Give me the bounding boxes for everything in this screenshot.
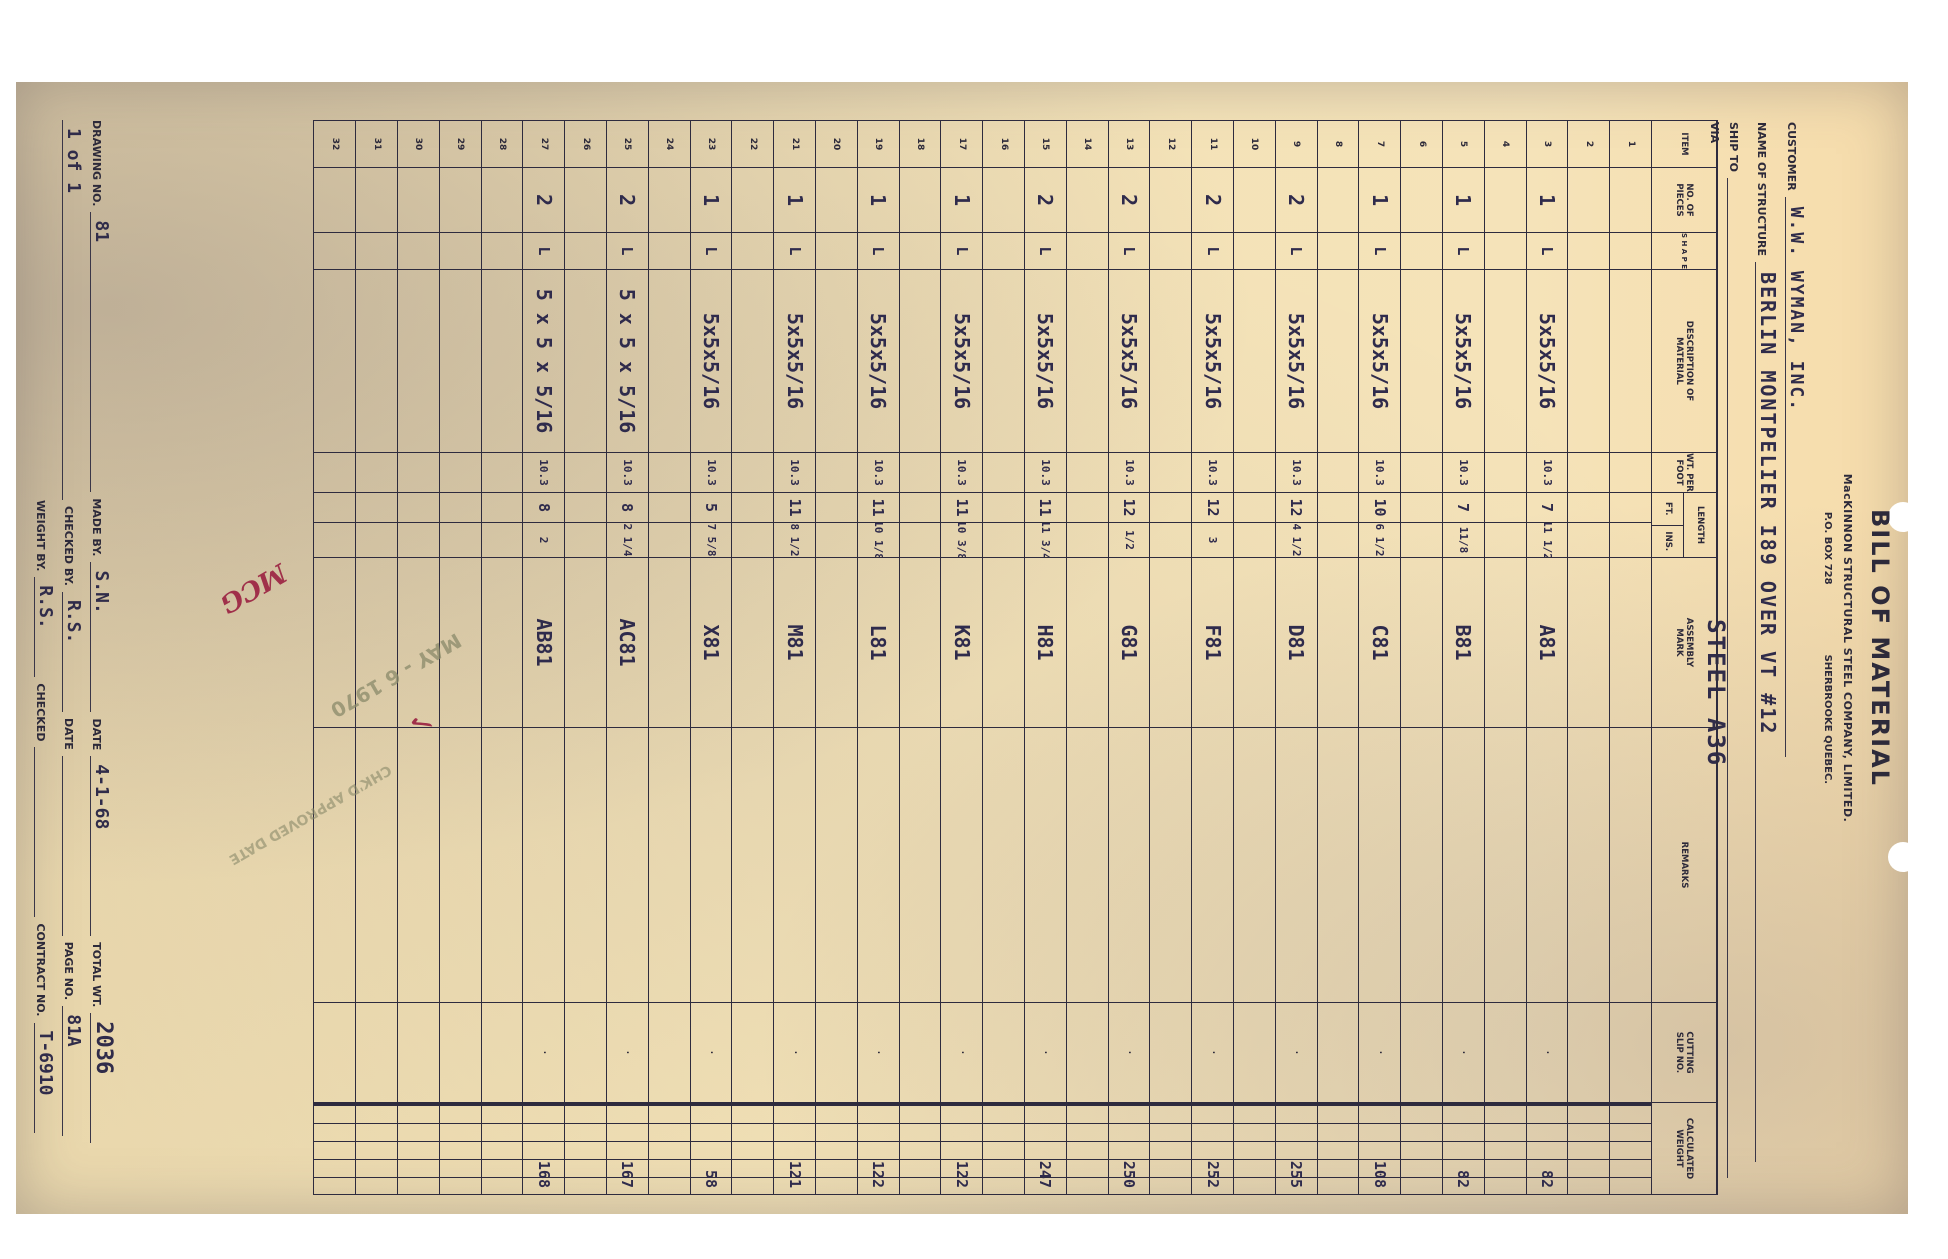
- length-ft: 5: [691, 493, 732, 523]
- length-ins: [1610, 523, 1651, 558]
- remarks: [1485, 728, 1526, 1003]
- shape: [1318, 233, 1359, 270]
- length-ins: [649, 523, 690, 558]
- item-number: 16: [983, 120, 1024, 168]
- pieces-count: 1: [858, 168, 899, 233]
- cutting-slip: [983, 1003, 1024, 1103]
- description: 5 x 5 x 5/16: [607, 270, 648, 453]
- calculated-weight: [315, 1103, 356, 1195]
- length-ft: [983, 493, 1024, 523]
- description: 5x5x5/16: [1443, 270, 1484, 453]
- item-number: 28: [482, 120, 523, 168]
- wt-per-foot: [398, 453, 439, 493]
- calculated-weight: [983, 1103, 1024, 1195]
- description: [440, 270, 481, 453]
- calculated-weight: [900, 1103, 941, 1195]
- pieces-count: 1: [1359, 168, 1400, 233]
- pieces-count: 1: [691, 168, 732, 233]
- cutting-slip: [816, 1003, 857, 1103]
- length-ft: 8: [607, 493, 648, 523]
- cutting-slip: ·: [1527, 1003, 1568, 1103]
- remarks: [1276, 728, 1317, 1003]
- assembly-mark: [649, 558, 690, 728]
- calculated-weight: [1401, 1103, 1442, 1195]
- shape: L: [1192, 233, 1233, 270]
- item-number: 24: [649, 120, 690, 168]
- calculated-weight: [1150, 1103, 1191, 1195]
- shape: L: [1025, 233, 1066, 270]
- description: [398, 270, 439, 453]
- description: [816, 270, 857, 453]
- calculated-weight: [732, 1103, 773, 1195]
- assembly-mark: [1610, 558, 1651, 728]
- cutting-slip: ·: [774, 1003, 815, 1103]
- length-ins: [565, 523, 606, 558]
- item-number: 8: [1318, 120, 1359, 168]
- structure-label: NAME OF STRUCTURE: [1755, 122, 1768, 256]
- description: [1234, 270, 1275, 453]
- description: [1318, 270, 1359, 453]
- cutting-slip: ·: [1109, 1003, 1150, 1103]
- wt-per-foot: 10.3: [1359, 453, 1400, 493]
- pieces-count: 2: [1192, 168, 1233, 233]
- item-number: 26: [565, 120, 606, 168]
- shape: L: [607, 233, 648, 270]
- calculated-weight: 108: [1359, 1103, 1400, 1195]
- length-ins: 10 1/8: [858, 523, 899, 558]
- cutting-slip: ·: [1192, 1003, 1233, 1103]
- shape: L: [1276, 233, 1317, 270]
- assembly-mark: X81: [691, 558, 732, 728]
- shape: [983, 233, 1024, 270]
- pieces-count: [440, 168, 481, 233]
- wt-per-foot: 10.3: [1109, 453, 1150, 493]
- item-number: 21: [774, 120, 815, 168]
- description: [900, 270, 941, 453]
- table-row: 14: [1066, 120, 1108, 1195]
- cutting-slip: [1150, 1003, 1191, 1103]
- assembly-mark: [482, 558, 523, 728]
- cutting-slip: ·: [607, 1003, 648, 1103]
- length-ins: [482, 523, 523, 558]
- pieces-count: 2: [1276, 168, 1317, 233]
- col-assembly-mark: ASSEMBLY MARK: [1652, 558, 1716, 728]
- item-number: 23: [691, 120, 732, 168]
- wt-per-foot: 10.3: [1527, 453, 1568, 493]
- total-wt-value: 2036: [91, 1021, 116, 1074]
- description: [1067, 270, 1108, 453]
- table-row: 20: [815, 120, 857, 1195]
- length-ins: 7 5/8: [691, 523, 732, 558]
- cutting-slip: [356, 1003, 397, 1103]
- table-row: 10: [1233, 120, 1275, 1195]
- shape: [440, 233, 481, 270]
- length-ins: [398, 523, 439, 558]
- wt-per-foot: 10.3: [941, 453, 982, 493]
- shape: L: [1109, 233, 1150, 270]
- cutting-slip: [900, 1003, 941, 1103]
- item-number: 31: [356, 120, 397, 168]
- initials-mark: MCG: [214, 557, 291, 619]
- cutting-slip: ·: [1359, 1003, 1400, 1103]
- item-number: 22: [732, 120, 773, 168]
- calculated-weight: 168: [523, 1103, 564, 1195]
- item-number: 2: [1568, 120, 1609, 168]
- wt-per-foot: [1568, 453, 1609, 493]
- description: [983, 270, 1024, 453]
- wt-per-foot: 10.3: [774, 453, 815, 493]
- remarks: [440, 728, 481, 1003]
- remarks: [482, 728, 523, 1003]
- calculated-weight: 255: [1276, 1103, 1317, 1195]
- po-box: P.O. BOX 728: [1822, 512, 1833, 585]
- wt-per-foot: [315, 453, 356, 493]
- length-ins: [1150, 523, 1191, 558]
- drawing-no-value: 81: [91, 220, 112, 242]
- shape: L: [523, 233, 564, 270]
- item-number: 20: [816, 120, 857, 168]
- table-row: 51L5x5x5/1610.3711/8B81·82: [1442, 120, 1484, 1195]
- wt-per-foot: [1318, 453, 1359, 493]
- table-header: ITEM NO. OF PIECES S H A P E DESCRIPTION…: [1651, 120, 1716, 1195]
- table-row: 31: [355, 120, 397, 1195]
- calculated-weight: [1318, 1103, 1359, 1195]
- length-ft: 10: [1359, 493, 1400, 523]
- pieces-count: [1610, 168, 1651, 233]
- description: [482, 270, 523, 453]
- length-ft: [1485, 493, 1526, 523]
- length-ins: 11 3/4: [1025, 523, 1066, 558]
- assembly-mark: [1568, 558, 1609, 728]
- col-description: DESCRIPTION OF MATERIAL: [1652, 270, 1716, 453]
- table-row: 211L5x5x5/1610.3118 1/2M81·121: [773, 120, 815, 1195]
- cutting-slip: [732, 1003, 773, 1103]
- assembly-mark: [732, 558, 773, 728]
- shape: L: [1527, 233, 1568, 270]
- cutting-slip: [565, 1003, 606, 1103]
- bill-of-material-sheet: BILL OF MATERIAL MacKINNON STRUCTURAL ST…: [16, 82, 1908, 1214]
- footer: DRAWING NO. 81 MADE BY. S.N. DATE 4-1-68…: [34, 120, 118, 1195]
- length-ins: 3: [1192, 523, 1233, 558]
- cutting-slip: [1401, 1003, 1442, 1103]
- shape: [1568, 233, 1609, 270]
- col-length: LENGTH FT. INS.: [1652, 493, 1716, 558]
- cutting-slip: ·: [523, 1003, 564, 1103]
- calculated-weight: [356, 1103, 397, 1195]
- pieces-count: [398, 168, 439, 233]
- item-number: 9: [1276, 120, 1317, 168]
- col-ins: INS.: [1652, 526, 1684, 558]
- length-label: LENGTH: [1684, 493, 1717, 557]
- remarks: [1527, 728, 1568, 1003]
- pieces-count: 1: [774, 168, 815, 233]
- wt-per-foot: [356, 453, 397, 493]
- remarks: [1610, 728, 1651, 1003]
- shape: [732, 233, 773, 270]
- description: 5x5x5/16: [1276, 270, 1317, 453]
- description: 5x5x5/16: [941, 270, 982, 453]
- length-ft: [1318, 493, 1359, 523]
- table-row: 16: [982, 120, 1024, 1195]
- calculated-weight: 167: [607, 1103, 648, 1195]
- item-number: 4: [1485, 120, 1526, 168]
- table-row: 6: [1400, 120, 1442, 1195]
- wt-per-foot: 10.3: [1443, 453, 1484, 493]
- length-ft: [356, 493, 397, 523]
- pieces-count: [900, 168, 941, 233]
- length-ins: 6 1/2: [1359, 523, 1400, 558]
- item-number: 10: [1234, 120, 1275, 168]
- pieces-count: 1: [1443, 168, 1484, 233]
- length-ft: 7: [1527, 493, 1568, 523]
- shape: [565, 233, 606, 270]
- assembly-mark: F81: [1192, 558, 1233, 728]
- assembly-mark: A81: [1527, 558, 1568, 728]
- description: [565, 270, 606, 453]
- col-calculated-weight: CALCULATED WEIGHT: [1652, 1103, 1716, 1195]
- item-number: 30: [398, 120, 439, 168]
- shape: [649, 233, 690, 270]
- total-wt-label: TOTAL WT.: [90, 942, 103, 1007]
- drawing-no-sub: 1 of 1: [63, 128, 84, 193]
- pieces-count: 2: [1025, 168, 1066, 233]
- shape: [356, 233, 397, 270]
- cutting-slip: [1485, 1003, 1526, 1103]
- company-address: P.O. BOX 728 SHERBROOKE QUEBEC.: [1822, 82, 1833, 1214]
- col-remarks: REMARKS: [1652, 728, 1716, 1003]
- company-name: MacKINNON STRUCTURAL STEEL COMPANY, LIMI…: [1841, 82, 1854, 1214]
- length-ft: 11: [774, 493, 815, 523]
- length-ft: [1234, 493, 1275, 523]
- table-row: 4: [1484, 120, 1526, 1195]
- pieces-count: [1318, 168, 1359, 233]
- footer-line-1: DRAWING NO. 81 MADE BY. S.N. DATE 4-1-68…: [90, 120, 118, 1195]
- length-ft: [482, 493, 523, 523]
- length-ins: [440, 523, 481, 558]
- remarks: [1359, 728, 1400, 1003]
- calculated-weight: [649, 1103, 690, 1195]
- wt-per-foot: 10.3: [523, 453, 564, 493]
- remarks: [1318, 728, 1359, 1003]
- calculated-weight: [565, 1103, 606, 1195]
- length-ft: 12: [1192, 493, 1233, 523]
- document-title: BILL OF MATERIAL: [1866, 82, 1894, 1214]
- length-ins: [1318, 523, 1359, 558]
- cutting-slip: [315, 1003, 356, 1103]
- pieces-count: [1234, 168, 1275, 233]
- calculated-weight: [398, 1103, 439, 1195]
- page-no-label: PAGE NO.: [62, 942, 75, 1000]
- length-ins: [983, 523, 1024, 558]
- description: 5x5x5/16: [858, 270, 899, 453]
- table-row: 171L5x5x5/1610.31110 3/8K81·122: [940, 120, 982, 1195]
- table-row: 12: [1149, 120, 1191, 1195]
- remarks: [1067, 728, 1108, 1003]
- made-by-label: MADE BY.: [90, 498, 103, 556]
- shape: L: [1443, 233, 1484, 270]
- remarks: [774, 728, 815, 1003]
- date-label: DATE: [90, 718, 103, 750]
- item-number: 11: [1192, 120, 1233, 168]
- page-no-value: 81A: [63, 1014, 84, 1047]
- cutting-slip: [1318, 1003, 1359, 1103]
- length-ins: [816, 523, 857, 558]
- description: 5x5x5/16: [1527, 270, 1568, 453]
- item-number: 6: [1401, 120, 1442, 168]
- table-row: 31L5x5x5/1610.3711 1/2A81·82: [1526, 120, 1568, 1195]
- wt-per-foot: [1150, 453, 1191, 493]
- shape: [816, 233, 857, 270]
- length-ins: [900, 523, 941, 558]
- cutting-slip: [1610, 1003, 1651, 1103]
- wt-per-foot: 10.3: [691, 453, 732, 493]
- pieces-count: [983, 168, 1024, 233]
- description: 5x5x5/16: [1192, 270, 1233, 453]
- remarks: [1025, 728, 1066, 1003]
- pieces-count: [356, 168, 397, 233]
- pieces-count: [816, 168, 857, 233]
- length-ins: 10 3/8: [941, 523, 982, 558]
- cutting-slip: ·: [1025, 1003, 1066, 1103]
- description: 5x5x5/16: [774, 270, 815, 453]
- pieces-count: [649, 168, 690, 233]
- calculated-weight: [482, 1103, 523, 1195]
- calculated-weight: [440, 1103, 481, 1195]
- table-row: 152L5x5x5/1610.31111 3/4H81·247: [1024, 120, 1066, 1195]
- assembly-mark: D81: [1276, 558, 1317, 728]
- length-ins: [356, 523, 397, 558]
- assembly-mark: [900, 558, 941, 728]
- length-ins: 2: [523, 523, 564, 558]
- pieces-count: [1401, 168, 1442, 233]
- pieces-count: 1: [1527, 168, 1568, 233]
- table-row: 22: [731, 120, 773, 1195]
- item-number: 13: [1109, 120, 1150, 168]
- wt-per-foot: 10.3: [1192, 453, 1233, 493]
- table-row: 18: [899, 120, 941, 1195]
- contract-no-label: CONTRACT NO.: [34, 923, 47, 1016]
- length-ft: [732, 493, 773, 523]
- col-item: ITEM: [1652, 120, 1716, 168]
- length-ft: 11: [1025, 493, 1066, 523]
- remarks: [565, 728, 606, 1003]
- description: [1150, 270, 1191, 453]
- length-ft: [816, 493, 857, 523]
- remarks: [1109, 728, 1150, 1003]
- assembly-mark: [1401, 558, 1442, 728]
- remarks: [523, 728, 564, 1003]
- length-ins: 4 1/2: [1276, 523, 1317, 558]
- wt-per-foot: 10.3: [1025, 453, 1066, 493]
- wt-per-foot: [649, 453, 690, 493]
- shape: [482, 233, 523, 270]
- col-wt-per-foot: WT. PER FOOT: [1652, 453, 1716, 493]
- footer-line-3: WEIGHT BY. R.S. CHECKED CONTRACT NO. T-6…: [34, 120, 62, 1195]
- material-table: ITEM NO. OF PIECES S H A P E DESCRIPTION…: [314, 120, 1719, 1195]
- length-ft: [315, 493, 356, 523]
- table-row: 132L5x5x5/1610.3121/2G81·250: [1108, 120, 1150, 1195]
- length-ins: [1234, 523, 1275, 558]
- remarks: [607, 728, 648, 1003]
- remarks: [1150, 728, 1191, 1003]
- calculated-weight: [816, 1103, 857, 1195]
- length-ft: 11: [858, 493, 899, 523]
- table-row: 2: [1567, 120, 1609, 1195]
- table-row: 231L5x5x5/1610.357 5/8X81·58: [690, 120, 732, 1195]
- length-ins: [1401, 523, 1442, 558]
- length-ft: [440, 493, 481, 523]
- remarks: [816, 728, 857, 1003]
- wt-per-foot: [983, 453, 1024, 493]
- assembly-mark: L81: [858, 558, 899, 728]
- remarks: [1192, 728, 1233, 1003]
- shape: [1485, 233, 1526, 270]
- assembly-mark: C81: [1359, 558, 1400, 728]
- cutting-slip: ·: [691, 1003, 732, 1103]
- length-ft: [649, 493, 690, 523]
- shape: L: [858, 233, 899, 270]
- item-number: 17: [941, 120, 982, 168]
- shape: L: [1359, 233, 1400, 270]
- col-cutting-slip: CUTTING SLIP NO.: [1652, 1003, 1716, 1103]
- item-number: 15: [1025, 120, 1066, 168]
- pieces-count: 2: [607, 168, 648, 233]
- cutting-slip: ·: [1276, 1003, 1317, 1103]
- cutting-slip: ·: [941, 1003, 982, 1103]
- description: [315, 270, 356, 453]
- checked-by-value: R.S.: [63, 600, 84, 643]
- assembly-mark: G81: [1109, 558, 1150, 728]
- item-number: 25: [607, 120, 648, 168]
- remarks: [315, 728, 356, 1003]
- pieces-count: 2: [523, 168, 564, 233]
- remarks: [398, 728, 439, 1003]
- pieces-count: [1150, 168, 1191, 233]
- remarks: [983, 728, 1024, 1003]
- shape: [1067, 233, 1108, 270]
- calculated-weight: [1067, 1103, 1108, 1195]
- cutting-slip: [1234, 1003, 1275, 1103]
- item-number: 32: [315, 120, 356, 168]
- description: 5x5x5/16: [1359, 270, 1400, 453]
- checked-date-label: DATE: [62, 718, 75, 750]
- table-row: 252L5 x 5 x 5/1610.382 1/4AC81·167: [606, 120, 648, 1195]
- weight-by-value: R.S.: [35, 585, 56, 628]
- remarks: [649, 728, 690, 1003]
- assembly-mark: K81: [941, 558, 982, 728]
- length-ft: [900, 493, 941, 523]
- wt-per-foot: [816, 453, 857, 493]
- assembly-mark: AC81: [607, 558, 648, 728]
- table-body: 1231L5x5x5/1610.3711 1/2A81·82451L5x5x5/…: [314, 120, 1652, 1195]
- assembly-mark: [1318, 558, 1359, 728]
- description: [649, 270, 690, 453]
- table-row: 112L5x5x5/1610.3123F81·252: [1191, 120, 1233, 1195]
- length-ins: [1485, 523, 1526, 558]
- col-pieces: NO. OF PIECES: [1652, 168, 1716, 233]
- description: 5x5x5/16: [1109, 270, 1150, 453]
- pieces-count: [315, 168, 356, 233]
- pieces-count: [482, 168, 523, 233]
- assembly-mark: [1485, 558, 1526, 728]
- item-number: 7: [1359, 120, 1400, 168]
- structure-value: BERLIN MONTPELIER I89 OVER VT #12: [1756, 272, 1780, 735]
- cutting-slip: [1568, 1003, 1609, 1103]
- length-ft: [398, 493, 439, 523]
- remarks: [1234, 728, 1275, 1003]
- description: [1485, 270, 1526, 453]
- table-row: 8: [1317, 120, 1359, 1195]
